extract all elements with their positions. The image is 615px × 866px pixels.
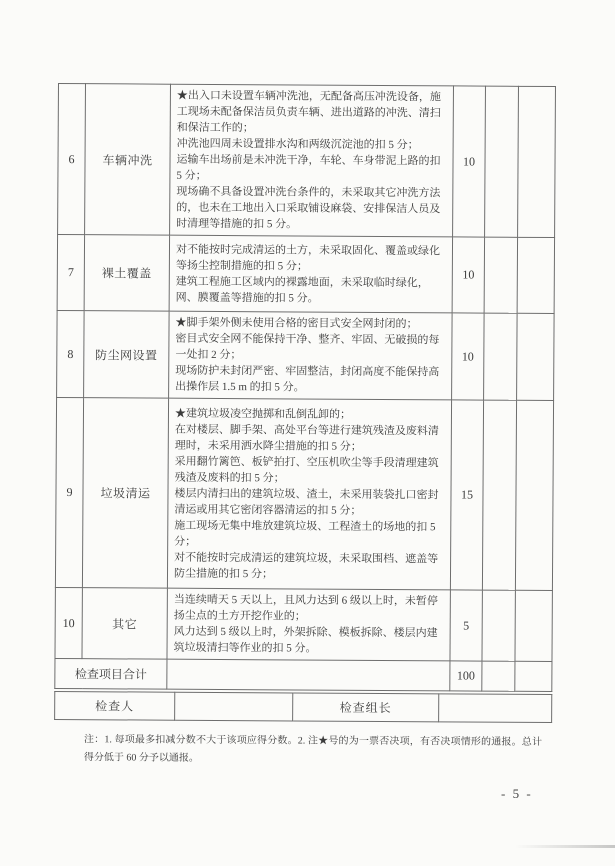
table-row-vehicle-washing: 6 车辆冲洗 ★出入口未设置车辆冲洗池，无配备高压冲洗设备，施工现场未配备保洁员…: [58, 84, 556, 238]
table-row-bare-soil-cover: 7 裸土覆盖 对不能按时完成清运的土方，未采取固化、覆盖或绿化等扬尘控制措施的扣…: [57, 235, 554, 314]
inspector-signature-cell: [175, 692, 293, 721]
blank-cell: [515, 400, 553, 590]
criteria-paragraph: 运输车出场前是未冲洗干净，车轮、车身带泥上路的扣 5 分；: [176, 152, 448, 186]
page-number: - 5 -: [501, 786, 533, 802]
blank-cell: [517, 237, 554, 313]
criteria-paragraph: 施工现场无集中堆放建筑垃圾、工程渣土的场地的扣 5 分；: [174, 517, 446, 551]
row-number: 6: [58, 84, 86, 235]
criteria-paragraph: 冲洗池四周未设置排水沟和两级沉淀池的扣 5 分；: [177, 136, 449, 154]
blank-cell: [482, 590, 515, 661]
blank-cell: [517, 313, 555, 400]
criteria-paragraph: 对不能按时完成清运的建筑垃圾，未采取围档、遮盖等防尘措施的扣 5 分；: [174, 549, 446, 583]
criteria-paragraph: 建筑工程施工区域内的裸露地面，未采取临时绿化，网、膜覆盖等措施的扣 5 分。: [176, 273, 448, 307]
criteria-paragraph: 现场防护未封闭严密、牢固整洁，封闭高度不能保持高出操作层 1.5 m 的扣 5 …: [175, 363, 447, 397]
criteria-paragraph: ★建筑垃圾凌空抛掷和乱倒乱卸的；: [175, 405, 447, 423]
score-value: 15: [450, 400, 483, 590]
score-value: 10: [452, 313, 485, 400]
score-value: 5: [450, 590, 482, 661]
criteria-paragraph: 当连续晴天 5 天以上，且风力达到 6 级以上时，未暂停扬尘点的土方开挖作业的；: [174, 592, 446, 626]
item-name: 车辆冲洗: [85, 84, 171, 236]
criteria-paragraph: ★脚手架外侧未使用合格的密目式安全网封闭的；: [175, 315, 447, 333]
scan-artifact: [515, 845, 615, 848]
criteria-paragraph: 密目式安全网不能保持干净、整齐、牢固、无破损的每一处扣 2 分；: [175, 331, 447, 365]
scanned-page: 6 车辆冲洗 ★出入口未设置车辆冲洗池，无配备高压冲洗设备，施工现场未配备保洁员…: [0, 0, 615, 866]
row-number: 8: [57, 310, 85, 397]
blank-cell: [482, 400, 516, 590]
row-number: 7: [57, 235, 84, 311]
criteria-cell: ★出入口未设置车辆冲洗池，无配备高压冲洗设备，施工现场未配备保洁员负责车辆、进出…: [170, 84, 454, 237]
criteria-paragraph: 现场确不具备设置冲洗台条件的，未采取其它冲洗方法的，也未在工地出入口采取铺设麻袋…: [176, 184, 448, 234]
inspector-label: 检查人: [55, 691, 175, 720]
criteria-cell: 对不能按时完成清运的土方，未采取固化、覆盖或绿化等扬尘控制措施的扣 5 分； 建…: [169, 235, 452, 313]
table-row-total: 检查项目合计 100: [55, 658, 552, 691]
criteria-paragraph: 对不能按时完成清运的土方，未采取固化、覆盖或绿化等扬尘控制措施的扣 5 分；: [176, 241, 448, 275]
total-label: 检查项目合计: [55, 658, 167, 689]
blank-cell: [518, 86, 556, 237]
criteria-paragraph: 采用翻竹篱笆、板铲拍打、空压机吹尘等手段清理建筑残渣及废料的扣 5 分；: [175, 453, 447, 487]
criteria-cell: ★脚手架外侧未使用合格的密目式安全网封闭的； 密目式安全网不能保持干净、整齐、牢…: [169, 311, 453, 400]
table-row-garbage-removal: 9 垃圾清运 ★建筑垃圾凌空抛掷和乱倒乱卸的； 在对楼层、脚手架、高处平台等进行…: [55, 397, 553, 590]
form-content: 6 车辆冲洗 ★出入口未设置车辆冲洗池，无配备高压冲洗设备，施工现场未配备保洁员…: [54, 83, 558, 770]
criteria-cell: 当连续晴天 5 天以上，且风力达到 6 级以上时，未暂停扬尘点的土方开挖作业的；…: [167, 588, 450, 661]
blank-cell: [485, 86, 519, 237]
criteria-paragraph: ★出入口未设置车辆冲洗池，无配备高压冲洗设备，施工现场未配备保洁员负责车辆、进出…: [177, 88, 449, 138]
score-value: 10: [453, 86, 486, 237]
item-name: 垃圾清运: [82, 398, 168, 589]
row-number: 10: [55, 587, 82, 658]
signature-table: 检查人 检查组长: [54, 691, 552, 723]
item-name: 防尘网设置: [84, 311, 170, 399]
inspection-table: 6 车辆冲洗 ★出入口未设置车辆冲洗池，无配备高压冲洗设备，施工现场未配备保洁员…: [54, 83, 556, 692]
blank-cell: [484, 237, 517, 313]
table-row-dust-net: 8 防尘网设置 ★脚手架外侧未使用合格的密目式安全网封闭的； 密目式安全网不能保…: [57, 310, 555, 400]
criteria-paragraph: 风力达到 5 级以上时，外架拆除、模板拆除、楼层内建筑垃圾清扫等作业的扣 5 分…: [174, 624, 446, 658]
criteria-cell: ★建筑垃圾凌空抛掷和乱倒乱卸的； 在对楼层、脚手架、高处平台等进行建筑残渣及废料…: [167, 398, 451, 590]
score-value: 10: [452, 237, 484, 313]
criteria-paragraph: 在对楼层、脚手架、高处平台等进行建筑残渣及废料清理时，未采用洒水降尘措施的扣 5…: [175, 421, 447, 455]
signature-row: 检查人 检查组长: [55, 691, 552, 722]
blank-cell: [515, 661, 552, 691]
blank-cell: [482, 661, 515, 691]
total-score-value: 100: [450, 661, 482, 691]
item-name: 其它: [82, 588, 167, 660]
criteria-paragraph: 楼层内清扫出的建筑垃圾、渣土，未采用装袋扎口密封清运或用其它密闭容器清运的扣 5…: [174, 485, 446, 519]
blank-cell: [167, 659, 450, 691]
blank-cell: [515, 590, 552, 661]
item-name: 裸土覆盖: [84, 235, 169, 312]
row-number: 9: [55, 397, 83, 587]
footnote: 注：1. 每项最多扣减分数不大于该项应得分数。2. 注★号的为一票否决项，有否决…: [84, 731, 542, 770]
team-leader-label: 检查组长: [293, 693, 439, 722]
table-row-other: 10 其它 当连续晴天 5 天以上，且风力达到 6 级以上时，未暂停扬尘点的土方…: [55, 587, 552, 661]
team-leader-signature-cell: [439, 694, 552, 723]
blank-cell: [484, 313, 518, 400]
